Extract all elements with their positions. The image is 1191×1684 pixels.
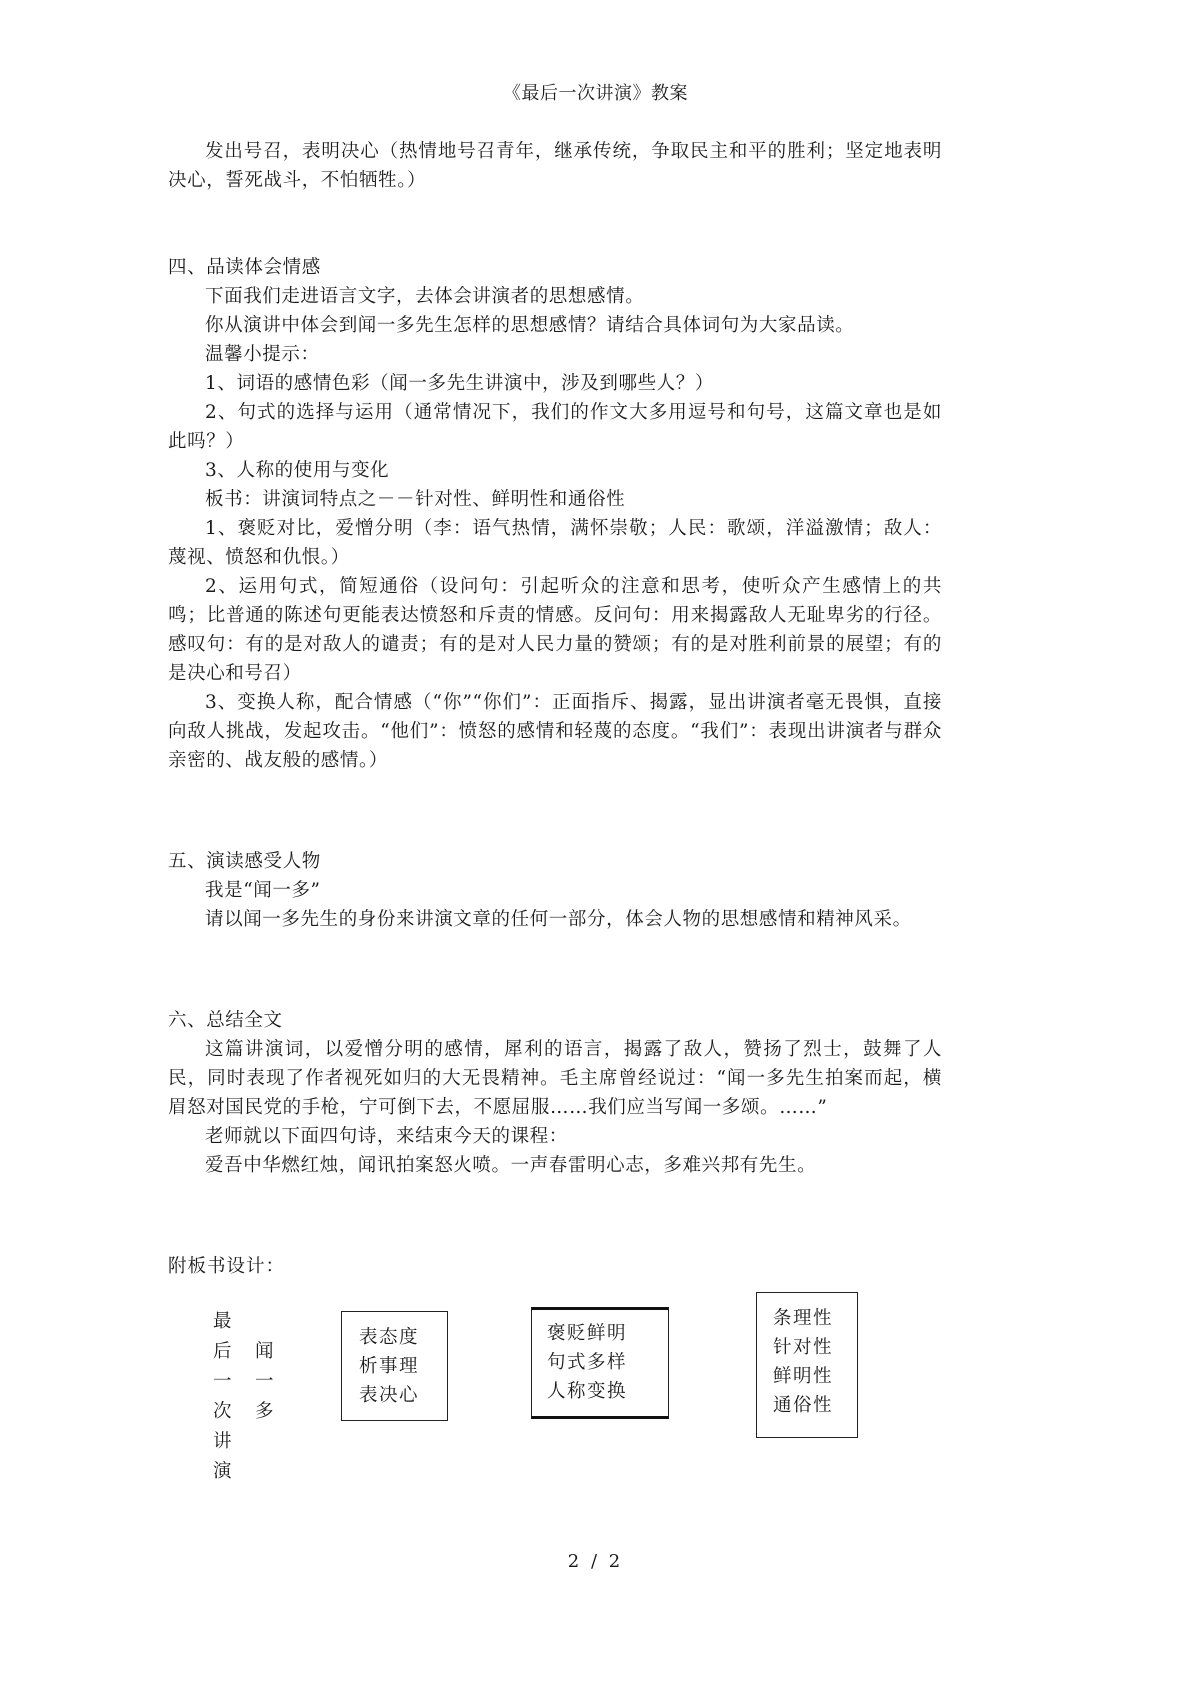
paragraph: 1、褒贬对比，爱憎分明（李：语气热情，满怀崇敬；人民：歌颂，洋溢激情；敌人：蔑视… <box>168 514 942 572</box>
paragraph: 老师就以下面四句诗，来结束今天的课程： <box>168 1122 942 1151</box>
board-box-line: 表态度 <box>359 1323 447 1352</box>
board-char: 次 <box>213 1397 232 1427</box>
paragraph: 2、运用句式，简短通俗（设问句：引起听众的注意和思考，使听众产生感情上的共鸣；比… <box>168 572 942 688</box>
board-box-structure: 表态度 析事理 表决心 <box>341 1311 448 1421</box>
board-column-author: 闻 一 多 <box>255 1337 274 1427</box>
paragraph: 温馨小提示： <box>168 340 942 369</box>
board-char: 演 <box>213 1457 232 1487</box>
board-design-title: 附板书设计： <box>168 1252 285 1278</box>
paragraph: 请以闻一多先生的身份来讲演文章的任何一部分，体会人物的思想感情和精神风采。 <box>168 905 942 934</box>
paragraph: 我是“闻一多” <box>168 876 942 905</box>
paragraph: 爱吾中华燃红烛，闻讯拍案怒火喷。一声春雷明心志，多难兴邦有先生。 <box>168 1151 942 1180</box>
board-box-line: 鲜明性 <box>773 1362 857 1391</box>
board-char: 一 <box>255 1367 274 1397</box>
board-box-features: 条理性 针对性 鲜明性 通俗性 <box>756 1292 858 1438</box>
paragraph: 1、词语的感情色彩（闻一多先生讲演中，涉及到哪些人？） <box>168 369 942 398</box>
board-box-line: 条理性 <box>773 1304 857 1333</box>
board-box-line: 针对性 <box>773 1333 857 1362</box>
board-box-line: 通俗性 <box>773 1391 857 1420</box>
paragraph-intro: 发出号召，表明决心（热情地号召青年，继承传统，争取民主和平的胜利；坚定地表明决心… <box>168 137 942 195</box>
board-char: 闻 <box>255 1337 274 1367</box>
board-char: 一 <box>213 1367 232 1397</box>
board-char: 最 <box>213 1307 232 1337</box>
page-number: 2 / 2 <box>0 1551 1191 1572</box>
paragraph: 板书：讲演词特点之－－针对性、鲜明性和通俗性 <box>168 485 942 514</box>
document-body: 发出号召，表明决心（热情地号召青年，继承传统，争取民主和平的胜利；坚定地表明决心… <box>168 137 942 1180</box>
board-column-title: 最 后 一 次 讲 演 <box>213 1307 232 1487</box>
board-box-line: 褒贬鲜明 <box>547 1319 668 1348</box>
board-char: 讲 <box>213 1427 232 1457</box>
board-box-line: 析事理 <box>359 1352 447 1381</box>
board-box-line: 表决心 <box>359 1381 447 1410</box>
paragraph: 下面我们走进语言文字，去体会讲演者的思想感情。 <box>168 282 942 311</box>
paragraph: 3、人称的使用与变化 <box>168 456 942 485</box>
paragraph: 3、变换人称，配合情感（“你”“你们”：正面指斥、揭露，显出讲演者毫无畏惧，直接… <box>168 688 942 775</box>
paragraph: 这篇讲演词，以爱憎分明的感情，犀利的语言，揭露了敌人，赞扬了烈士，鼓舞了人民，同… <box>168 1035 942 1122</box>
board-box-line: 句式多样 <box>547 1348 668 1377</box>
paragraph: 你从演讲中体会到闻一多先生怎样的思想感情？请结合具体词句为大家品读。 <box>168 311 942 340</box>
section-heading-six: 六、总结全文 <box>168 1006 942 1035</box>
page-title: 《最后一次讲演》教案 <box>0 79 1191 105</box>
section-heading-four: 四、品读体会情感 <box>168 253 942 282</box>
section-heading-five: 五、演读感受人物 <box>168 847 942 876</box>
board-char: 后 <box>213 1337 232 1367</box>
board-char: 多 <box>255 1397 274 1427</box>
paragraph: 2、句式的选择与运用（通常情况下，我们的作文大多用逗号和句号，这篇文章也是如此吗… <box>168 398 942 456</box>
board-box-language: 褒贬鲜明 句式多样 人称变换 <box>531 1307 669 1419</box>
board-box-line: 人称变换 <box>547 1377 668 1406</box>
